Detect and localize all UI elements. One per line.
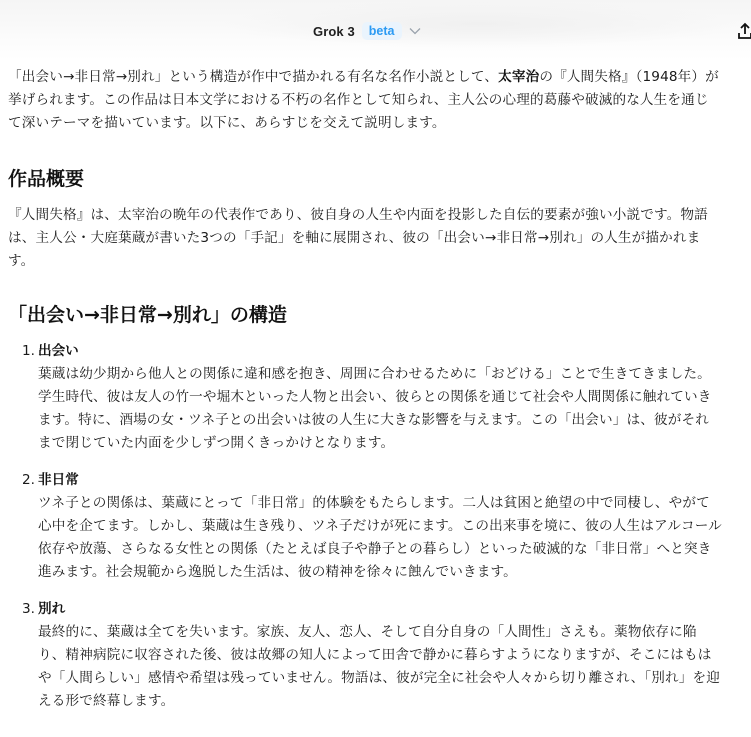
list-item: 2. 非日常 ツネ子との関係は、葉蔵にとって「非日常」的体験をもたらします。二人…: [22, 469, 722, 584]
header-glow: [220, 0, 740, 48]
structure-list: 1. 出会い 葉蔵は幼少期から他人との関係に違和感を抱き、周囲に合わせるために「…: [22, 340, 722, 727]
item-title: 非日常: [38, 469, 722, 492]
item-number: 2.: [22, 469, 38, 584]
list-item: 1. 出会い 葉蔵は幼少期から他人との関係に違和感を抱き、周囲に合わせるために「…: [22, 340, 722, 455]
item-body: 別れ 最終的に、葉蔵は全てを失います。家族、友人、恋人、そして自分自身の「人間性…: [38, 598, 722, 713]
list-item: 3. 別れ 最終的に、葉蔵は全てを失います。家族、友人、恋人、そして自分自身の「…: [22, 598, 722, 713]
share-upload-icon: [736, 21, 751, 41]
model-name: Grok 3: [313, 24, 355, 39]
model-selector[interactable]: Grok 3 beta: [313, 20, 422, 42]
structure-heading: 「出会い→非日常→別れ」の構造: [8, 300, 287, 327]
author-name: 太宰治: [498, 69, 539, 85]
item-text: 葉蔵は幼少期から他人との関係に違和感を抱き、周囲に合わせるために「おどける」こと…: [38, 363, 722, 455]
overview-heading: 作品概要: [8, 164, 84, 191]
top-bar: Grok 3 beta: [0, 0, 751, 60]
intro-paragraph: 「出会い→非日常→別れ」という構造が作中で描かれる有名な名作小説として、太宰治の…: [8, 66, 720, 135]
chevron-down-icon[interactable]: [408, 24, 422, 38]
item-number: 1.: [22, 340, 38, 455]
item-text: 最終的に、葉蔵は全てを失います。家族、友人、恋人、そして自分自身の「人間性」さえ…: [38, 621, 722, 713]
item-title: 別れ: [38, 598, 722, 621]
item-body: 出会い 葉蔵は幼少期から他人との関係に違和感を抱き、周囲に合わせるために「おどけ…: [38, 340, 722, 455]
intro-text-1: 「出会い→非日常→別れ」という構造が作中で描かれる有名な名作小説として、: [8, 69, 498, 85]
item-body: 非日常 ツネ子との関係は、葉蔵にとって「非日常」的体験をもたらします。二人は貧困…: [38, 469, 722, 584]
item-number: 3.: [22, 598, 38, 713]
response-content: 「出会い→非日常→別れ」という構造が作中で描かれる有名な名作小説として、太宰治の…: [8, 66, 720, 135]
overview-paragraph: 『人間失格』は、太宰治の晩年の代表作であり、彼自身の人生や内面を投影した自伝的要…: [8, 204, 720, 273]
beta-badge: beta: [362, 22, 402, 40]
share-button[interactable]: [736, 21, 751, 41]
item-text: ツネ子との関係は、葉蔵にとって「非日常」的体験をもたらします。二人は貧困と絶望の…: [38, 492, 722, 584]
item-title: 出会い: [38, 340, 722, 363]
